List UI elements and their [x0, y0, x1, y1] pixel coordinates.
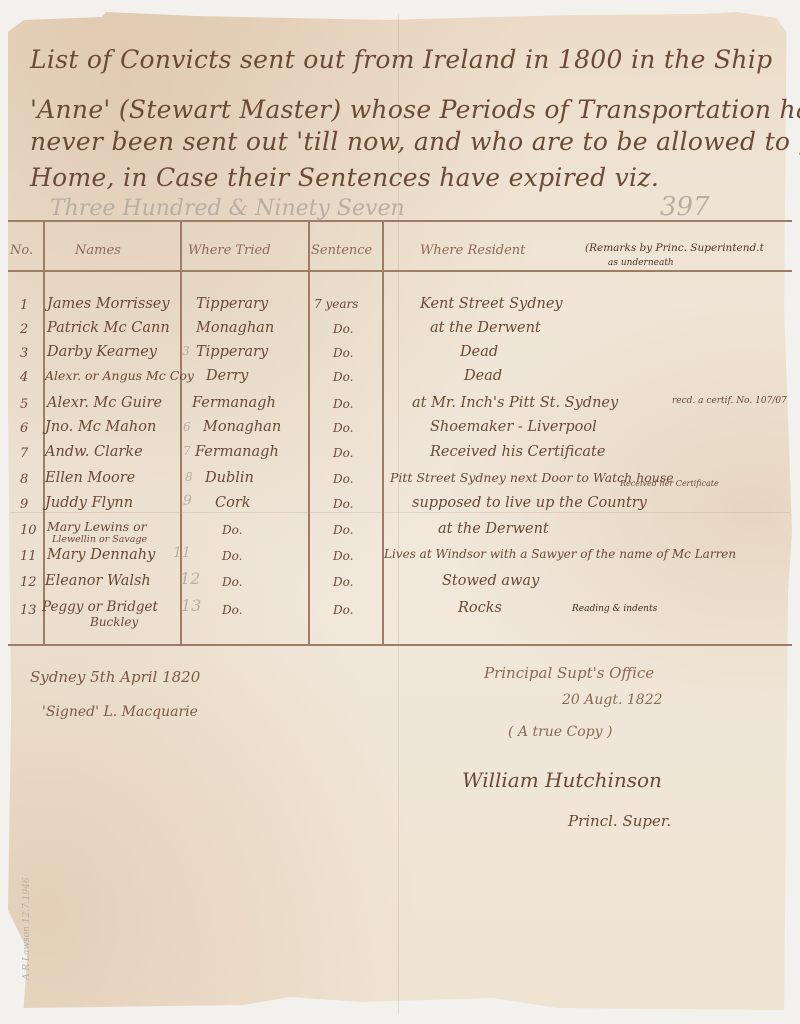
pencil-number: 397 [660, 192, 710, 222]
convict-name: Alexr. Mc Guire [47, 395, 162, 411]
convict-name: Alexr. or Angus Mc Coy [45, 368, 194, 383]
office-heading: Principal Supt's Office [484, 664, 654, 682]
where-resident: Dead [460, 344, 498, 360]
where-tried: Do. [222, 603, 242, 617]
sentence: Do. [333, 497, 353, 511]
where-tried: Do. [222, 575, 242, 589]
where-tried: Fermanagh [192, 395, 276, 411]
sentence: Do. [333, 346, 353, 360]
where-tried: Cork [215, 495, 251, 511]
pencil-number: 12 [180, 569, 200, 588]
signature: William Hutchinson [462, 768, 662, 792]
header-sentence: Sentence [311, 243, 372, 258]
row-number: 11 [20, 549, 37, 564]
convict-name: James Morrissey [47, 296, 170, 312]
convict-name: Ellen Moore [45, 470, 135, 486]
where-resident: Kent Street Sydney [420, 296, 563, 312]
manuscript-page [8, 12, 792, 1010]
row-number: 7 [20, 446, 28, 461]
row-number: 4 [20, 370, 28, 385]
convict-name-alias: Llewellin or Savage [52, 534, 147, 545]
sentence: Do. [333, 603, 353, 617]
convict-name: Juddy Flynn [45, 495, 133, 511]
sentence: Do. [333, 421, 353, 435]
where-tried: Tipperary [196, 296, 268, 312]
header-remarks: (Remarks by Princ. Superintend.t [585, 242, 764, 254]
column-rule-3 [308, 220, 310, 645]
header-remarks-sub: as underneath [608, 258, 674, 268]
office-date: 20 Augt. 1822 [562, 692, 663, 708]
row-number: 12 [20, 575, 37, 590]
pencil-number: 3 [182, 344, 190, 358]
where-tried: Monaghan [203, 419, 281, 435]
sentence: Do. [333, 322, 353, 336]
convict-name: Andw. Clarke [45, 444, 143, 460]
row-number: 13 [20, 603, 37, 618]
sentence: 7 years [314, 297, 358, 311]
where-resident: Rocks [458, 600, 502, 616]
archival-margin-note: A R Lawson 12.7.1946 [22, 850, 32, 980]
sentence: Do. [333, 397, 353, 411]
where-resident: Lives at Windsor with a Sawyer of the na… [384, 547, 736, 561]
where-tried: Tipperary [196, 344, 268, 360]
header-names: Names [75, 243, 121, 258]
true-copy-note: ( A true Copy ) [508, 724, 612, 740]
pencil-number: 8 [185, 470, 193, 484]
where-resident: supposed to live up the Country [412, 495, 647, 511]
row-number: 10 [20, 523, 37, 538]
convict-name: Mary Dennahy [47, 547, 155, 563]
table-top-rule [8, 220, 792, 222]
header-where-tried: Where Tried [188, 243, 271, 258]
where-resident: Received his Certificate [430, 444, 605, 460]
pencil-number: 7 [183, 444, 191, 458]
where-resident: at Mr. Inch's Pitt St. Sydney [412, 395, 618, 411]
where-tried: Dublin [205, 470, 254, 486]
title-line-3: never been sent out 'till now, and who a… [30, 127, 800, 156]
pencil-annotation: Three Hundred & Ninety Seven [50, 196, 405, 221]
where-resident: Shoemaker - Liverpool [430, 419, 597, 435]
convict-name: Peggy or Bridget [42, 599, 158, 615]
where-resident: Stowed away [442, 573, 539, 589]
signed-by-macquarie: 'Signed' L. Macquarie [42, 704, 198, 720]
convict-name: Jno. Mc Mahon [45, 419, 156, 435]
title-line-2: 'Anne' (Stewart Master) whose Periods of… [30, 95, 800, 124]
table-bottom-rule [8, 644, 792, 646]
sentence: Do. [333, 370, 353, 384]
header-bottom-rule [8, 270, 792, 272]
title-line-1: List of Convicts sent out from Ireland i… [30, 45, 772, 74]
pencil-number: 13 [181, 596, 201, 615]
remark: Received her Certificate [620, 479, 719, 488]
row-number: 8 [20, 472, 28, 487]
where-tried: Derry [206, 368, 248, 384]
title-line-4: Home, in Case their Sentences have expir… [30, 163, 659, 192]
signatory-title: Princl. Super. [568, 812, 671, 830]
pencil-number: 9 [183, 493, 192, 509]
where-tried: Do. [222, 523, 242, 537]
row-number: 5 [20, 397, 28, 412]
convict-name: Patrick Mc Cann [47, 320, 170, 336]
remark: recd. a certif. No. 107/07 [672, 396, 787, 406]
sentence: Do. [333, 575, 353, 589]
header-where-resident: Where Resident [420, 243, 525, 258]
pencil-number: 11 [173, 545, 191, 561]
where-resident: at the Derwent [438, 521, 549, 537]
sentence: Do. [333, 523, 353, 537]
remark: Reading & indents [572, 604, 657, 614]
convict-name-alias: Buckley [90, 615, 138, 629]
pencil-number: 6 [183, 420, 191, 434]
where-resident: at the Derwent [430, 320, 541, 336]
where-tried: Do. [222, 549, 242, 563]
where-tried: Fermanagh [195, 444, 279, 460]
convict-name: Darby Kearney [47, 344, 157, 360]
sentence: Do. [333, 446, 353, 460]
where-resident: Dead [464, 368, 502, 384]
row-number: 3 [20, 346, 28, 361]
row-number: 1 [20, 298, 28, 313]
sentence: Do. [333, 549, 353, 563]
convict-name: Mary Lewins or [47, 519, 147, 534]
row-number: 9 [20, 497, 28, 512]
where-tried: Monaghan [196, 320, 274, 336]
place-date: Sydney 5th April 1820 [30, 668, 200, 686]
fold-line-horizontal [10, 512, 790, 513]
column-rule-4 [382, 220, 384, 645]
convict-name: Eleanor Walsh [45, 573, 151, 589]
row-number: 2 [20, 322, 28, 337]
row-number: 6 [20, 421, 28, 436]
header-no: No. [10, 243, 33, 258]
sentence: Do. [333, 472, 353, 486]
